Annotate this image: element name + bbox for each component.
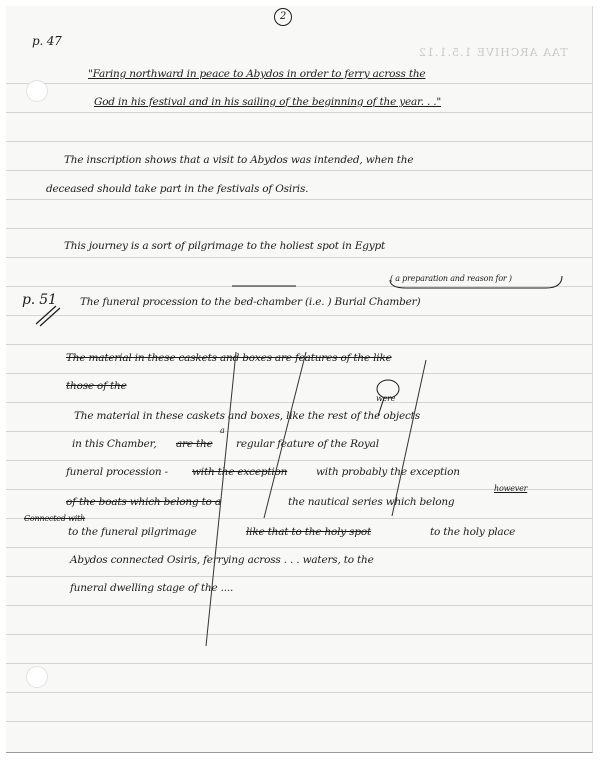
handwritten-manuscript-page: TAA ARCHIVE 1.5.1.12 2 p. 47 p. 51 "Fari… xyxy=(6,6,593,753)
cancel-stroke xyxy=(206,352,236,646)
pen-marks xyxy=(6,6,592,752)
cancel-stroke xyxy=(264,352,306,518)
